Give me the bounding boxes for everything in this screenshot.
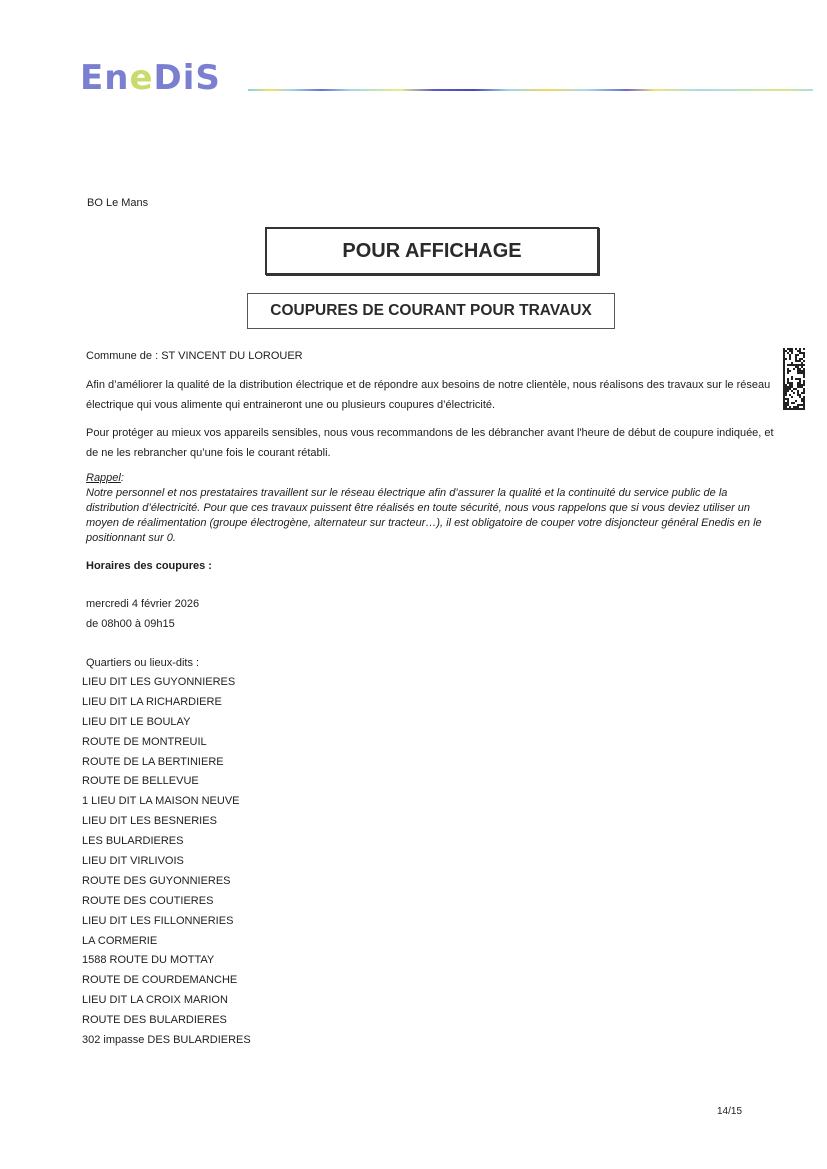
datamatrix-code-icon	[783, 348, 805, 410]
place-item: LA CORMERIE	[82, 932, 251, 952]
place-item: ROUTE DES BULARDIERES	[82, 1011, 251, 1031]
place-item: ROUTE DE MONTREUIL	[82, 733, 251, 753]
place-item: LIEU DIT LE BOULAY	[82, 713, 251, 733]
place-item: ROUTE DES COUTIERES	[82, 892, 251, 912]
place-item: ROUTE DE COURDEMANCHE	[82, 971, 251, 991]
place-item: LIEU DIT LES BESNERIES	[82, 812, 251, 832]
place-item: LES BULARDIERES	[82, 832, 251, 852]
sender-office: BO Le Mans	[87, 197, 148, 209]
place-item: ROUTE DE LA BERTINIERE	[82, 753, 251, 773]
advice-paragraph: Pour protéger au mieux vos appareils sen…	[86, 423, 776, 463]
header-color-rule	[248, 89, 813, 91]
place-item: LIEU DIT LES FILLONNERIES	[82, 912, 251, 932]
place-item: 1 LIEU DIT LA MAISON NEUVE	[82, 792, 251, 812]
place-item: 302 impasse DES BULARDIERES	[82, 1031, 251, 1051]
places-heading: Quartiers ou lieux-dits :	[86, 653, 776, 673]
outage-date: mercredi 4 février 2026	[86, 594, 776, 614]
place-item: LIEU DIT LA RICHARDIERE	[82, 693, 251, 713]
page-title: POUR AFFICHAGE	[342, 240, 521, 263]
page-number: 14/15	[717, 1106, 742, 1117]
rappel-label: Rappel	[86, 472, 121, 484]
places-list: LIEU DIT LES GUYONNIERESLIEU DIT LA RICH…	[82, 673, 251, 1051]
logo-wordmark: EneDiS	[80, 58, 240, 98]
place-item: LIEU DIT LES GUYONNIERES	[82, 673, 251, 693]
intro-paragraph: Afin d’améliorer la qualité de la distri…	[86, 375, 776, 415]
place-item: LIEU DIT LA CROIX MARION	[82, 991, 251, 1011]
place-item: ROUTE DE BELLEVUE	[82, 772, 251, 792]
place-item: LIEU DIT VIRLIVOIS	[82, 852, 251, 872]
place-item: ROUTE DES GUYONNIERES	[82, 872, 251, 892]
place-item: 1588 ROUTE DU MOTTAY	[82, 951, 251, 971]
commune-line: Commune de : ST VINCENT DU LOROUER	[86, 346, 776, 366]
rappel-heading: Rappel :	[86, 470, 776, 486]
page-subtitle: COUPURES DE COURANT POUR TRAVAUX	[270, 302, 592, 320]
enedis-logo: EneDiS	[80, 58, 240, 98]
outage-time: de 08h00 à 09h15	[86, 614, 776, 634]
rappel-label-suffix: :	[121, 470, 124, 486]
title-box: POUR AFFICHAGE	[265, 227, 599, 275]
subtitle-box: COUPURES DE COURANT POUR TRAVAUX	[247, 293, 615, 329]
rappel-text: Notre personnel et nos prestataires trav…	[86, 486, 766, 546]
schedule-heading: Horaires des coupures :	[86, 556, 776, 576]
